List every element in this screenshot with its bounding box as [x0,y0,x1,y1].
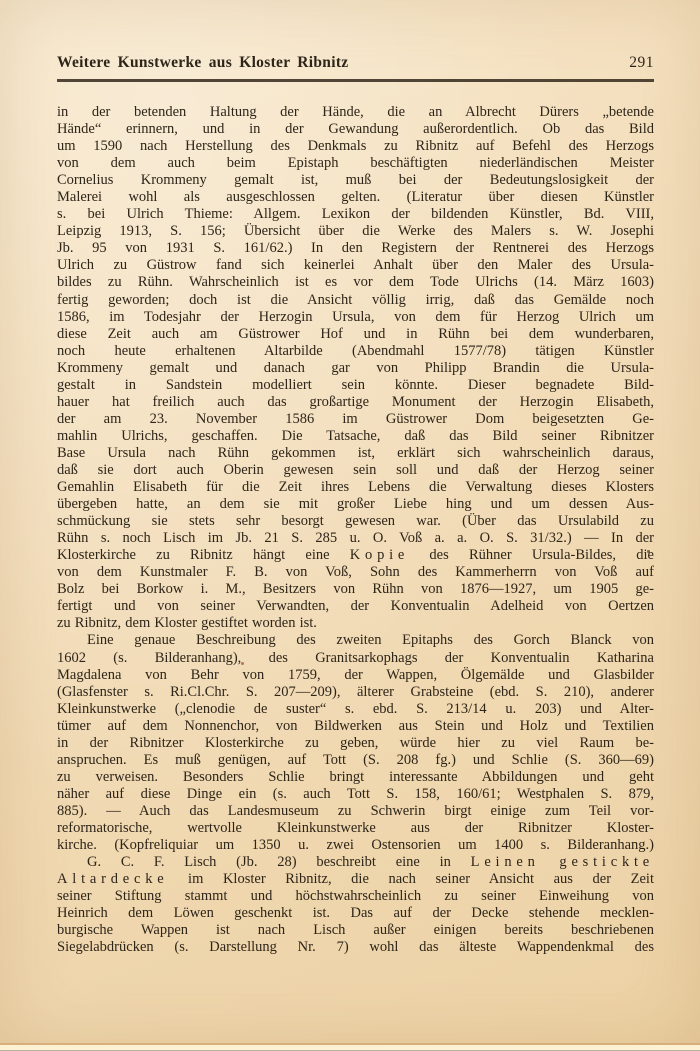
text-line: der am 23. November 1586 im Güstrower Do… [57,411,654,428]
scanned-book-page: Weitere Kunstwerke aus Kloster Ribnitz 2… [0,0,700,1051]
text-line: Ulrich zu Güstrow fand sich keinerlei An… [57,257,654,274]
text-line: tümer auf dem Nonnenchor, von Bildwerken… [57,718,654,735]
text-line: übergeben hatte, an dem sie mit großer L… [57,496,654,513]
text-line: Magdalena von Behr von 1759, der Wappen,… [57,667,654,684]
letterspaced-emphasis: gestickte [559,854,654,870]
text-line: mahlin Ulrichs, geschaffen. Die Tatsache… [57,428,654,445]
text-line: Malerei wohl als ausgeschlossen gelten. … [57,189,654,206]
text-line: kirche. (Kopfreliquiar um 1350 u. zwei O… [57,837,654,854]
text-line: 1586, im Todesjahr der Herzogin Ursula, … [57,309,654,326]
scan-speck [647,550,650,553]
text-line: Base Ursula nach Rühn gekommen ist, erkl… [57,445,654,462]
text-line: seiner Stiftung stammt und höchstwahrsch… [57,888,654,905]
text-line: diese Zeit auch am Güstrower Hof und in … [57,326,654,343]
text-line: Krommeny gemalt und danach gar von Phili… [57,360,654,377]
text-line: Kleinkunstwerke („clenodie de suster“ s.… [57,701,654,718]
text-line: Leipzig 1913, S. 156; Übersicht über die… [57,223,654,240]
text-line: fertig geworden; doch ist die Ansicht vö… [57,292,654,309]
text-line: fertigt und von seiner Verwandten, der K… [57,598,654,615]
text-line: in der Ribnitzer Klosterkirche zu geben,… [57,735,654,752]
text-line: von dem Kunstmaler F. B. von Voß, Sohn d… [57,564,654,581]
text-line: G. C. F. Lisch (Jb. 28) beschreibt eine … [57,854,654,871]
letterspaced-emphasis: Leinen [471,854,540,870]
text-line: Gemahlin Elisabeth für die Zeit ihres Le… [57,479,654,496]
text-line: Bolz bei Borkow i. M., Besitzers von Rüh… [57,581,654,598]
header-double-rule [57,79,654,82]
text-line: Eine genaue Beschreibung des zweiten Epi… [57,632,654,649]
text-line: von dem auch beim Epistaph beschäftigten… [57,155,654,172]
text-line: Klosterkirche zu Ribnitz hängt eine Kopi… [57,547,654,564]
text-line: s. bei Ulrich Thieme: Allgem. Lexikon de… [57,206,654,223]
text-line: Altardecke im Kloster Ribnitz, die nach … [57,871,654,888]
paragraph: in der betenden Haltung der Hände, die a… [57,104,654,632]
text-line: Jb. 95 von 1931 S. 161/62.) In den Regis… [57,240,654,257]
text-line: gestalt in Sandstein modelliert sein kön… [57,377,654,394]
text-line: Siegelabdrücken (s. Darstellung Nr. 7) w… [57,939,654,956]
body-text: in der betenden Haltung der Hände, die a… [57,104,654,956]
text-line: näher auf diese Dinge ein (s. auch Tott … [57,786,654,803]
text-line: in der betenden Haltung der Hände, die a… [57,104,654,121]
text-line: Hände“ erinnern, und in der Gewandung au… [57,121,654,138]
paragraph: Eine genaue Beschreibung des zweiten Epi… [57,632,654,854]
scan-speck [241,662,244,665]
letterspaced-emphasis: Kopie [350,547,409,563]
text-line: hauer hat freilich auch das großartige M… [57,394,654,411]
page-header: Weitere Kunstwerke aus Kloster Ribnitz 2… [57,54,654,72]
text-line: (Glasfenster s. Ri.Cl.Chr. S. 207—209), … [57,684,654,701]
text-line: bildes zu Rühn. Wahrscheinlich ist es vo… [57,274,654,291]
text-line: Heinrich dem Löwen geschenkt ist. Das au… [57,905,654,922]
text-line: daß sie dort auch Oberin gewesen sein so… [57,462,654,479]
text-line: anspruchen. Es muß genügen, auf Tott (S.… [57,752,654,769]
paragraph: G. C. F. Lisch (Jb. 28) beschreibt eine … [57,854,654,956]
text-line: schmückung sie stets sehr besorgt gewese… [57,513,654,530]
text-line: 885). — Auch das Landesmuseum zu Schweri… [57,803,654,820]
letterspaced-emphasis: Altardecke [57,871,168,887]
text-line: um 1590 nach Herstellung des Denkmals zu… [57,138,654,155]
text-line: noch heute erhaltenen Altarbilde (Abendm… [57,343,654,360]
text-line: burgische Wappen ist nach Lisch außer ei… [57,922,654,939]
text-line: zu Ribnitz, dem Kloster gestiftet worden… [57,615,654,632]
page-number: 291 [629,54,654,72]
running-head-title: Weitere Kunstwerke aus Kloster Ribnitz [57,54,348,72]
text-line: reformatorische, wertvolle Kleinkunstwer… [57,820,654,837]
text-line: Rühn s. noch Lisch im Jb. 21 S. 285 u. O… [57,530,654,547]
text-line: Cornelius Krommeny gemalt ist, muß bei d… [57,172,654,189]
text-line: zu verweisen. Besonders Schlie bringt in… [57,769,654,786]
text-line: 1602 (s. Bilderanhang), des Granitsarkop… [57,650,654,667]
